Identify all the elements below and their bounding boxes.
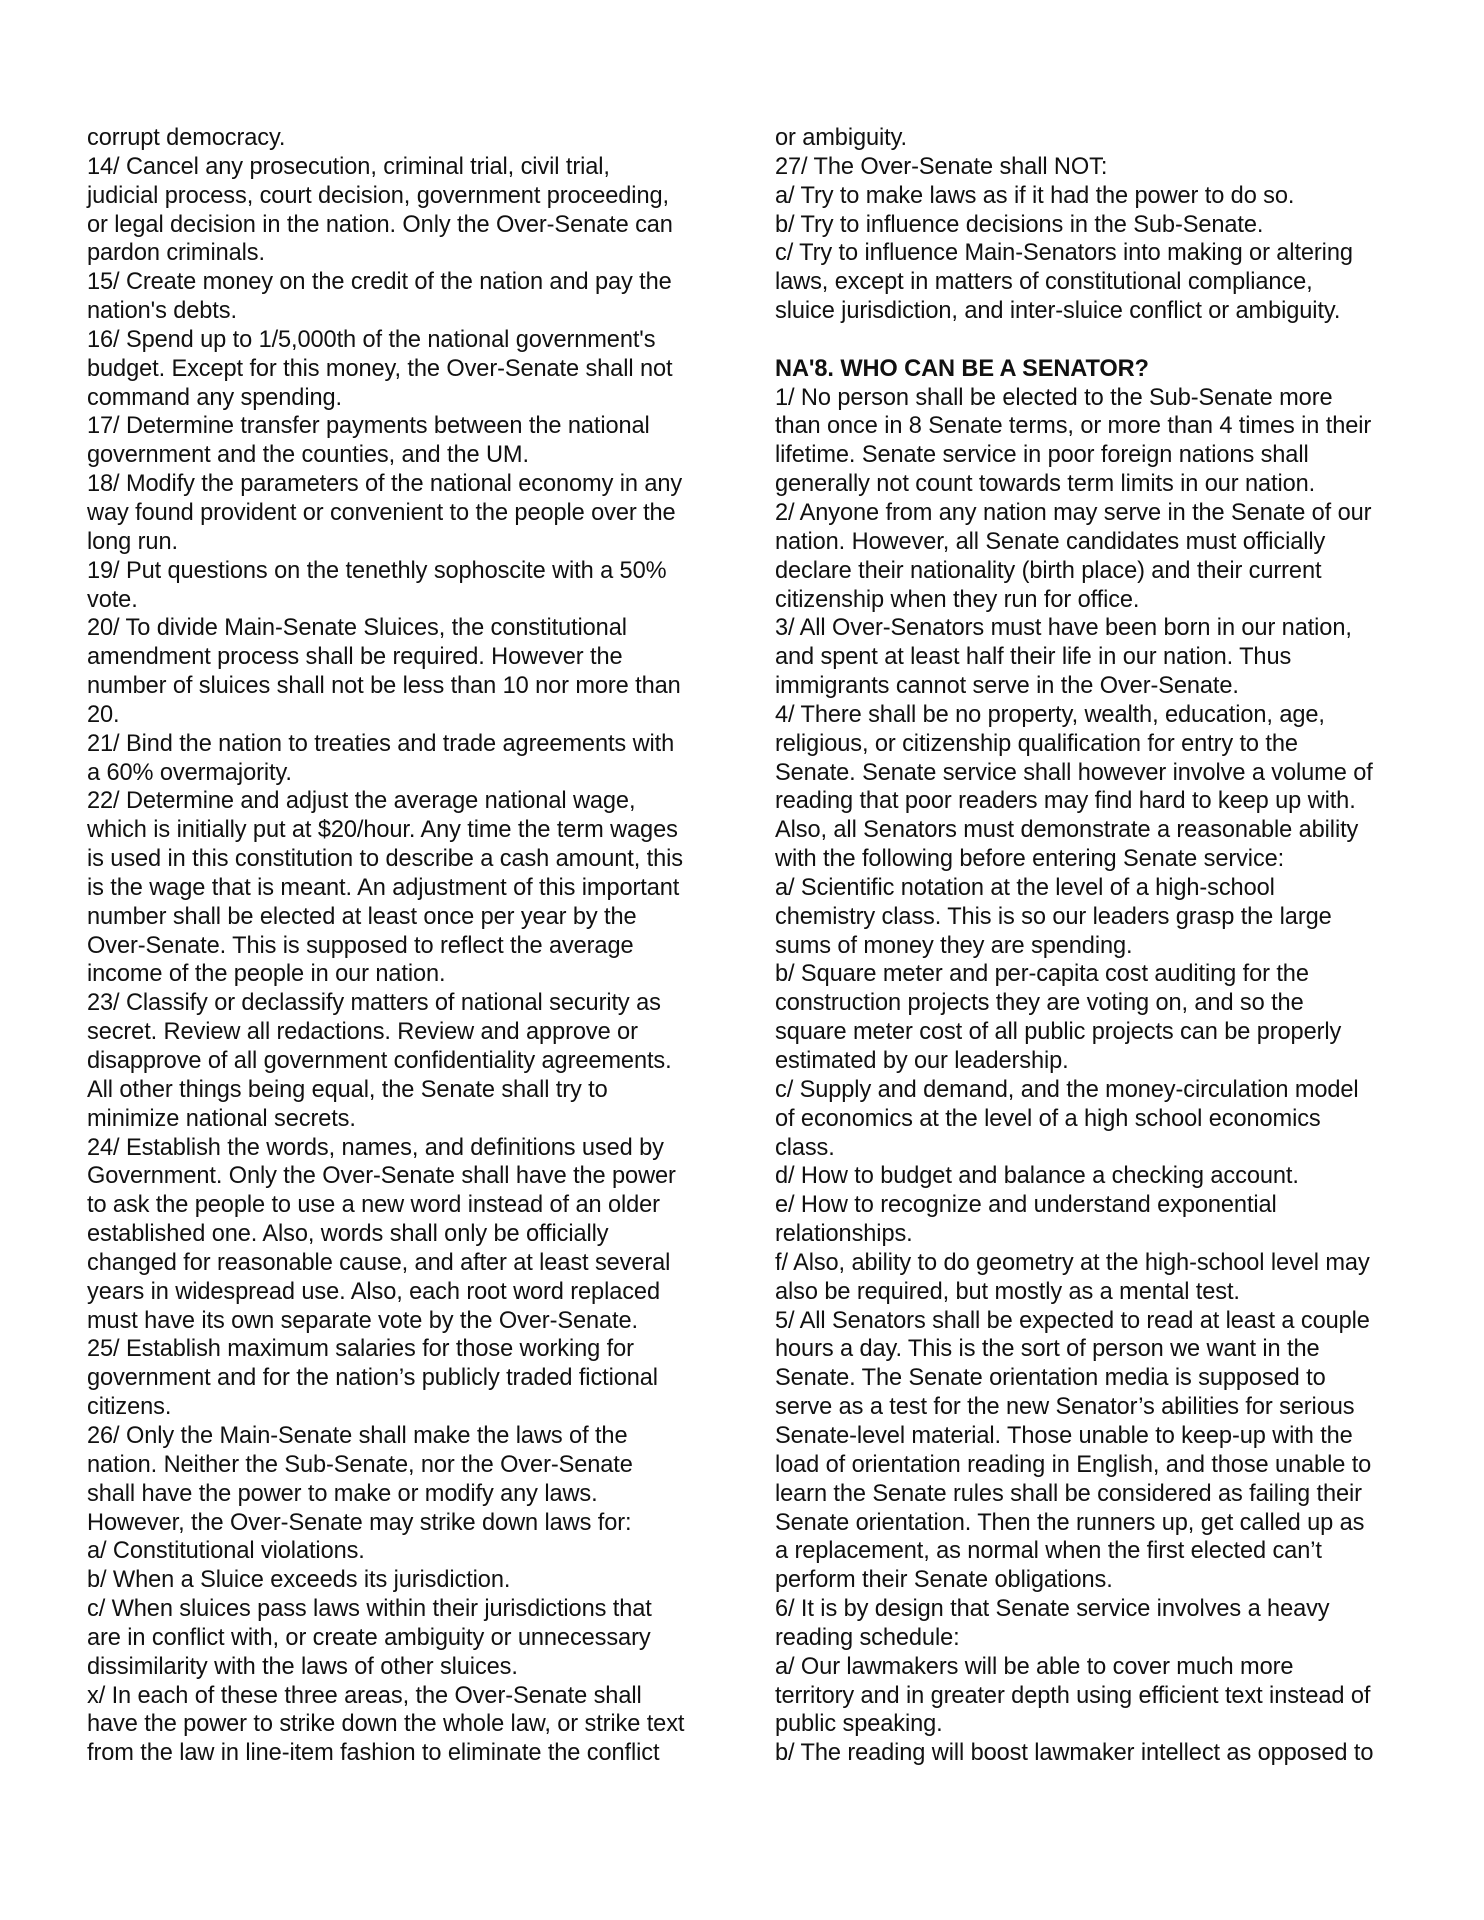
text-line: number of sluices shall not be less than… xyxy=(87,672,727,701)
text-line: estimated by our leadership. xyxy=(775,1047,1415,1076)
text-line: 14/ Cancel any prosecution, criminal tri… xyxy=(87,153,727,182)
text-line: However, the Over-Senate may strike down… xyxy=(87,1509,727,1538)
text-line: nation's debts. xyxy=(87,297,727,326)
text-line: f/ Also, ability to do geometry at the h… xyxy=(775,1249,1415,1278)
text-line: nation. However, all Senate candidates m… xyxy=(775,528,1415,557)
text-line: load of orientation reading in English, … xyxy=(775,1451,1415,1480)
section-spacer xyxy=(775,326,1415,355)
text-line: b/ Square meter and per-capita cost audi… xyxy=(775,960,1415,989)
text-line: 22/ Determine and adjust the average nat… xyxy=(87,787,727,816)
text-line: Senate orientation. Then the runners up,… xyxy=(775,1509,1415,1538)
text-line: b/ The reading will boost lawmaker intel… xyxy=(775,1739,1415,1768)
text-line: a 60% overmajority. xyxy=(87,759,727,788)
text-line: 21/ Bind the nation to treaties and trad… xyxy=(87,730,727,759)
text-line: a/ Scientific notation at the level of a… xyxy=(775,874,1415,903)
text-line: of economics at the level of a high scho… xyxy=(775,1105,1415,1134)
text-line: 1/ No person shall be elected to the Sub… xyxy=(775,384,1415,413)
text-line: construction projects they are voting on… xyxy=(775,989,1415,1018)
text-line: minimize national secrets. xyxy=(87,1105,727,1134)
text-line: is the wage that is meant. An adjustment… xyxy=(87,874,727,903)
text-line: reading schedule: xyxy=(775,1624,1415,1653)
text-line: changed for reasonable cause, and after … xyxy=(87,1249,727,1278)
text-line: All other things being equal, the Senate… xyxy=(87,1076,727,1105)
text-line: declare their nationality (birth place) … xyxy=(775,557,1415,586)
text-line: x/ In each of these three areas, the Ove… xyxy=(87,1682,727,1711)
text-line: have the power to strike down the whole … xyxy=(87,1710,727,1739)
text-line: corrupt democracy. xyxy=(87,124,727,153)
text-line: a/ Try to make laws as if it had the pow… xyxy=(775,182,1415,211)
text-line: than once in 8 Senate terms, or more tha… xyxy=(775,412,1415,441)
text-line: chemistry class. This is so our leaders … xyxy=(775,903,1415,932)
text-line: laws, except in matters of constitutiona… xyxy=(775,268,1415,297)
text-line: and spent at least half their life in ou… xyxy=(775,643,1415,672)
text-line: class. xyxy=(775,1134,1415,1163)
text-line: 18/ Modify the parameters of the nationa… xyxy=(87,470,727,499)
text-line: sums of money they are spending. xyxy=(775,932,1415,961)
text-line: vote. xyxy=(87,586,727,615)
text-line: judicial process, court decision, govern… xyxy=(87,182,727,211)
text-line: 26/ Only the Main-Senate shall make the … xyxy=(87,1422,727,1451)
text-line: 25/ Establish maximum salaries for those… xyxy=(87,1335,727,1364)
text-line: generally not count towards term limits … xyxy=(775,470,1415,499)
text-line: government and the counties, and the UM. xyxy=(87,441,727,470)
text-line: 16/ Spend up to 1/5,000th of the nationa… xyxy=(87,326,727,355)
text-line: from the law in line-item fashion to eli… xyxy=(87,1739,727,1768)
left-column: corrupt democracy.14/ Cancel any prosecu… xyxy=(87,124,727,1768)
text-line: 27/ The Over-Senate shall NOT: xyxy=(775,153,1415,182)
text-line: shall have the power to make or modify a… xyxy=(87,1480,727,1509)
text-line: a/ Constitutional violations. xyxy=(87,1537,727,1566)
text-line: d/ How to budget and balance a checking … xyxy=(775,1162,1415,1191)
text-line: lifetime. Senate service in poor foreign… xyxy=(775,441,1415,470)
text-line: learn the Senate rules shall be consider… xyxy=(775,1480,1415,1509)
text-line: b/ When a Sluice exceeds its jurisdictio… xyxy=(87,1566,727,1595)
text-line: budget. Except for this money, the Over-… xyxy=(87,355,727,384)
text-line: Senate. The Senate orientation media is … xyxy=(775,1364,1415,1393)
text-line: 6/ It is by design that Senate service i… xyxy=(775,1595,1415,1624)
text-line: 20. xyxy=(87,701,727,730)
text-line: citizenship when they run for office. xyxy=(775,586,1415,615)
text-line: 17/ Determine transfer payments between … xyxy=(87,412,727,441)
text-line: 4/ There shall be no property, wealth, e… xyxy=(775,701,1415,730)
text-line: a replacement, as normal when the first … xyxy=(775,1537,1415,1566)
text-line: square meter cost of all public projects… xyxy=(775,1018,1415,1047)
text-line: command any spending. xyxy=(87,384,727,413)
text-line: e/ How to recognize and understand expon… xyxy=(775,1191,1415,1220)
text-line: amendment process shall be required. How… xyxy=(87,643,727,672)
text-line: number shall be elected at least once pe… xyxy=(87,903,727,932)
text-line: perform their Senate obligations. xyxy=(775,1566,1415,1595)
text-line: long run. xyxy=(87,528,727,557)
text-line: nation. Neither the Sub-Senate, nor the … xyxy=(87,1451,727,1480)
text-line: are in conflict with, or create ambiguit… xyxy=(87,1624,727,1653)
text-line: way found provident or convenient to the… xyxy=(87,499,727,528)
text-line: Senate-level material. Those unable to k… xyxy=(775,1422,1415,1451)
text-line: Government. Only the Over-Senate shall h… xyxy=(87,1162,727,1191)
section-heading: NA'8. WHO CAN BE A SENATOR? xyxy=(775,355,1415,384)
text-line: or legal decision in the nation. Only th… xyxy=(87,211,727,240)
text-line: religious, or citizenship qualification … xyxy=(775,730,1415,759)
text-line: 24/ Establish the words, names, and defi… xyxy=(87,1134,727,1163)
text-line: secret. Review all redactions. Review an… xyxy=(87,1018,727,1047)
text-line: established one. Also, words shall only … xyxy=(87,1220,727,1249)
document-page: corrupt democracy.14/ Cancel any prosecu… xyxy=(0,0,1484,1920)
text-line: 15/ Create money on the credit of the na… xyxy=(87,268,727,297)
text-line: b/ Try to influence decisions in the Sub… xyxy=(775,211,1415,240)
text-line: serve as a test for the new Senator’s ab… xyxy=(775,1393,1415,1422)
text-line: dissimilarity with the laws of other slu… xyxy=(87,1653,727,1682)
text-line: 19/ Put questions on the tenethly sophos… xyxy=(87,557,727,586)
text-line: government and for the nation’s publicly… xyxy=(87,1364,727,1393)
text-line: Senate. Senate service shall however inv… xyxy=(775,759,1415,788)
text-line: or ambiguity. xyxy=(775,124,1415,153)
text-line: hours a day. This is the sort of person … xyxy=(775,1335,1415,1364)
text-line: citizens. xyxy=(87,1393,727,1422)
text-line: Over-Senate. This is supposed to reflect… xyxy=(87,932,727,961)
text-line: Also, all Senators must demonstrate a re… xyxy=(775,816,1415,845)
text-line: 5/ All Senators shall be expected to rea… xyxy=(775,1307,1415,1336)
text-line: a/ Our lawmakers will be able to cover m… xyxy=(775,1653,1415,1682)
text-line: with the following before entering Senat… xyxy=(775,845,1415,874)
text-line: c/ When sluices pass laws within their j… xyxy=(87,1595,727,1624)
text-line: 20/ To divide Main-Senate Sluices, the c… xyxy=(87,614,727,643)
text-line: 3/ All Over-Senators must have been born… xyxy=(775,614,1415,643)
right-column: or ambiguity.27/ The Over-Senate shall N… xyxy=(775,124,1415,1768)
text-line: relationships. xyxy=(775,1220,1415,1249)
text-line: public speaking. xyxy=(775,1710,1415,1739)
text-line: c/ Try to influence Main-Senators into m… xyxy=(775,239,1415,268)
text-line: c/ Supply and demand, and the money-circ… xyxy=(775,1076,1415,1105)
text-line: immigrants cannot serve in the Over-Sena… xyxy=(775,672,1415,701)
text-line: sluice jurisdiction, and inter-sluice co… xyxy=(775,297,1415,326)
text-line: income of the people in our nation. xyxy=(87,960,727,989)
text-line: is used in this constitution to describe… xyxy=(87,845,727,874)
text-line: years in widespread use. Also, each root… xyxy=(87,1278,727,1307)
text-line: also be required, but mostly as a mental… xyxy=(775,1278,1415,1307)
text-line: territory and in greater depth using eff… xyxy=(775,1682,1415,1711)
text-line: to ask the people to use a new word inst… xyxy=(87,1191,727,1220)
text-line: reading that poor readers may find hard … xyxy=(775,787,1415,816)
text-line: disapprove of all government confidentia… xyxy=(87,1047,727,1076)
text-line: pardon criminals. xyxy=(87,239,727,268)
text-line: 23/ Classify or declassify matters of na… xyxy=(87,989,727,1018)
text-line: which is initially put at $20/hour. Any … xyxy=(87,816,727,845)
text-line: must have its own separate vote by the O… xyxy=(87,1307,727,1336)
text-line: 2/ Anyone from any nation may serve in t… xyxy=(775,499,1415,528)
